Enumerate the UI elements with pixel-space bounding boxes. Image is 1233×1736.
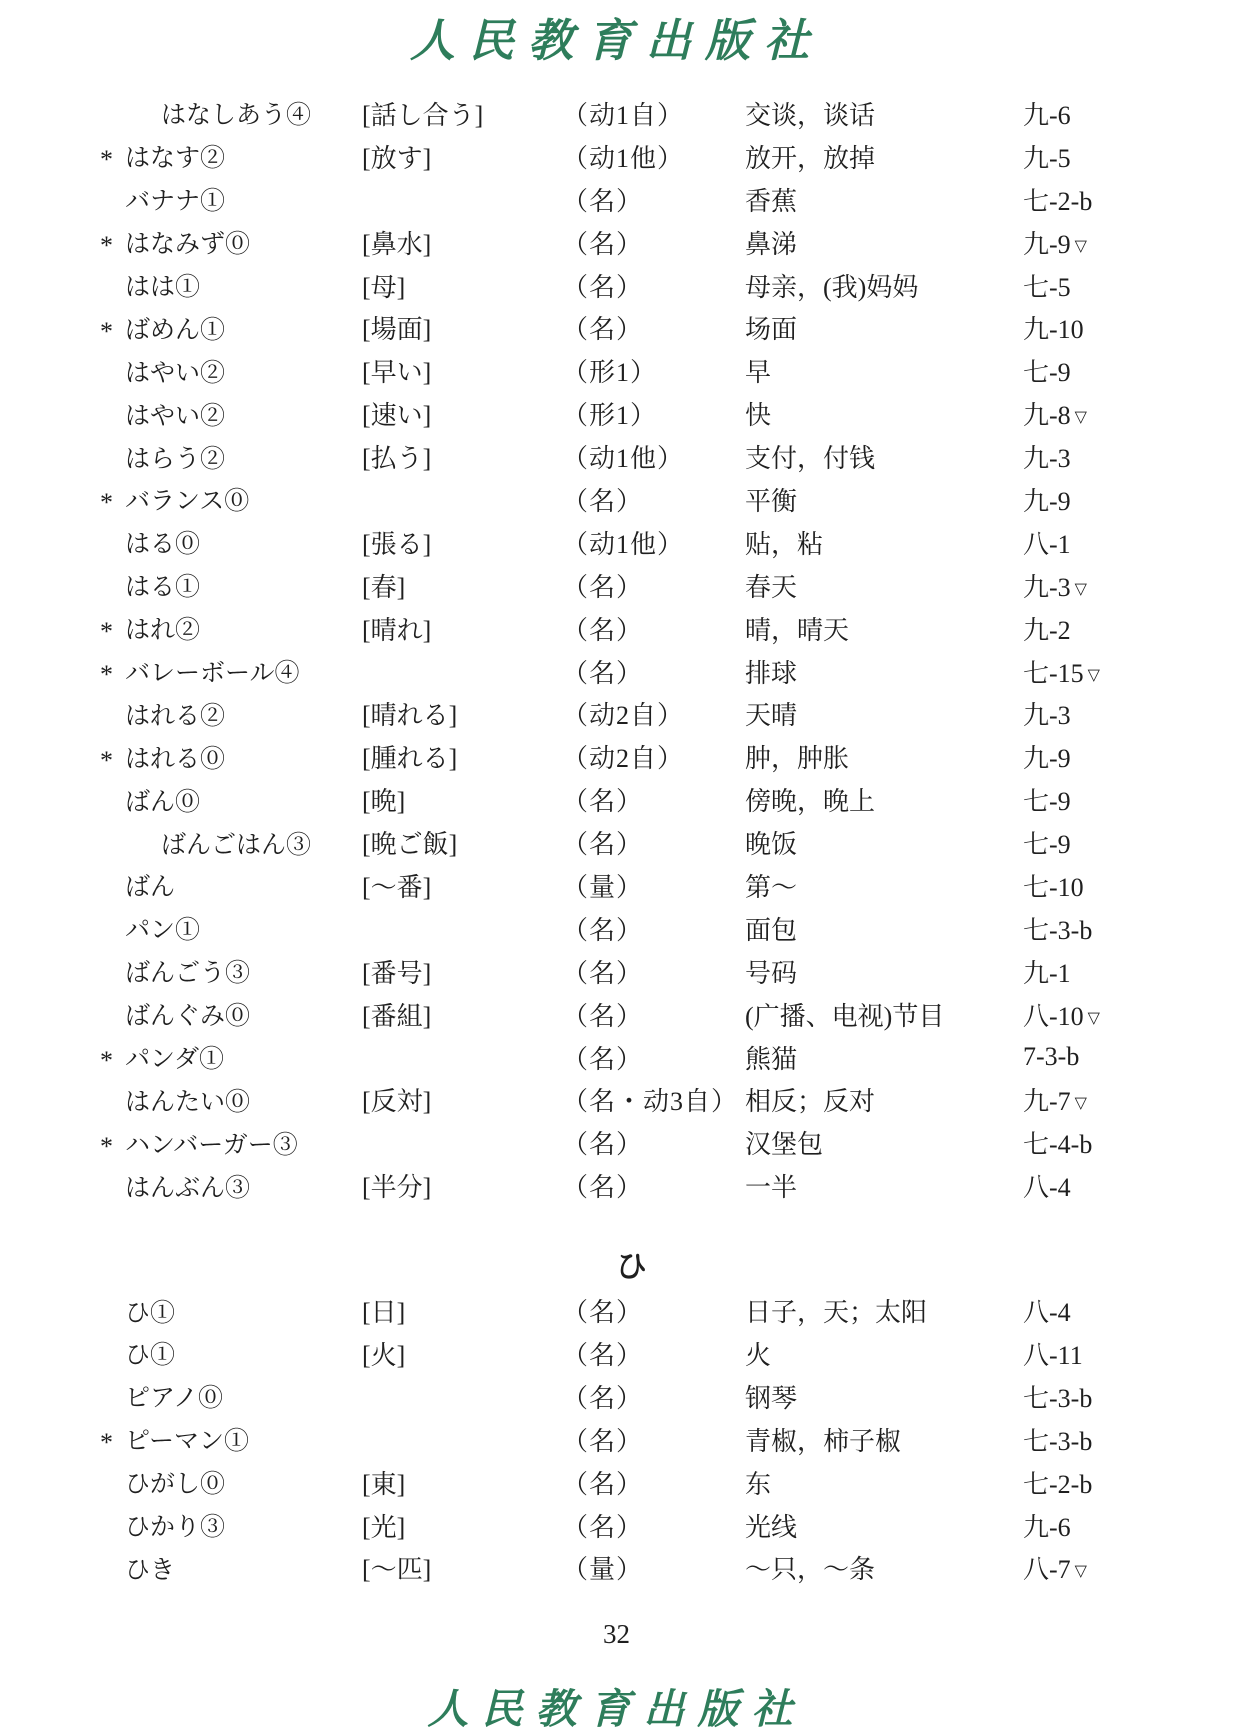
part-of-speech: （动1他） [562,524,745,561]
part-of-speech: （名） [562,224,745,261]
lesson-reference-text: 八-11 [1023,1341,1083,1370]
meaning-chinese: 日子，天；太阳 [745,1292,1023,1329]
vocab-row: はやい② [速い] （形1） 快 九-8▽ [100,392,1163,435]
lesson-reference-text: 八-1 [1023,530,1071,559]
reviewed-triangle-mark: ▽ [1075,409,1087,426]
star-mark: * [100,617,125,647]
lesson-reference: 八-1 [1023,524,1163,561]
meaning-chinese: 鼻涕 [745,224,1023,261]
lesson-reference: 九-3 [1023,695,1163,732]
vocab-row: * はなす② [放す] （动1他） 放开，放掉 九-5 [100,135,1163,178]
lesson-reference-text: 七-2-b [1023,1470,1092,1499]
lesson-reference-text: 7-3-b [1023,1042,1079,1071]
meaning-chinese: 放开，放掉 [745,138,1023,175]
word-kana: はらう② [125,439,362,475]
vocab-row: ひがし⓪ [東] （名） 东 七-2-b [100,1461,1163,1504]
lesson-reference-text: 七-3-b [1023,916,1092,945]
meaning-chinese: 平衡 [745,481,1023,518]
vocab-row: ピアノ⓪ （名） 钢琴 七-3-b [100,1375,1163,1418]
word-kana: はんぶん③ [125,1168,362,1204]
lesson-reference-text: 七-4-b [1023,1130,1092,1159]
part-of-speech: （名） [562,1507,745,1544]
part-of-speech: （量） [562,867,745,904]
star-mark: * [100,231,125,261]
lesson-reference-text: 九-1 [1023,959,1071,988]
part-of-speech: （量） [562,1549,745,1586]
meaning-chinese: 晚饭 [745,824,1023,861]
lesson-reference: 九-1 [1023,953,1163,990]
star-mark: * [100,317,125,347]
part-of-speech: （名・动3自） [562,1081,745,1118]
part-of-speech: （名） [562,1378,745,1415]
dictionary-page: 人民教育出版社 はなしあう④ [話し合う] （动1自） 交谈，谈话 九-6 * … [0,0,1233,1736]
vocab-row: * バランス⓪ （名） 平衡 九-9 [100,478,1163,521]
word-kanji: [張る] [362,524,562,561]
lesson-reference: 七-3-b [1023,910,1163,947]
word-kanji: [火] [362,1335,562,1372]
lesson-reference: 九-6 [1023,1507,1163,1544]
lesson-reference-text: 九-3 [1023,701,1071,730]
word-kana: はなしあう④ [125,95,362,131]
meaning-chinese: 排球 [745,653,1023,690]
meaning-chinese: ～只，～条 [745,1549,1023,1586]
part-of-speech: （名） [562,481,745,518]
word-kana: バナナ① [125,181,362,217]
vocab-row: * ピーマン① （名） 青椒，柿子椒 七-3-b [100,1418,1163,1461]
word-kanji: [～匹] [362,1549,562,1586]
meaning-chinese: 支付，付钱 [745,438,1023,475]
lesson-reference-text: 九-8 [1023,401,1071,430]
vocab-row: はんたい⓪ [反対] （名・动3自） 相反；反对 九-7▽ [100,1078,1163,1121]
lesson-reference: 七-3-b [1023,1421,1163,1458]
lesson-reference: 九-6 [1023,95,1163,132]
lesson-reference-text: 七-9 [1023,358,1071,387]
vocab-row: ばんごはん③ [晩ご飯] （名） 晚饭 七-9 [100,821,1163,864]
lesson-reference: 八-4 [1023,1167,1163,1204]
word-kana: ひがし⓪ [125,1464,362,1500]
lesson-reference: 七-4-b [1023,1124,1163,1161]
meaning-chinese: 早 [745,352,1023,389]
vocab-row: はれる② [晴れる] （动2自） 天晴 九-3 [100,692,1163,735]
vocabulary-list: はなしあう④ [話し合う] （动1自） 交谈，谈话 九-6 * はなす② [放す… [100,92,1163,1589]
section-header: ひ [100,1245,1163,1289]
lesson-reference-text: 九-3 [1023,573,1071,602]
vocab-row: ばん⓪ [晩] （名） 傍晚，晚上 七-9 [100,778,1163,821]
meaning-chinese: 东 [745,1464,1023,1501]
part-of-speech: （名） [562,1167,745,1204]
vocab-row: パン① （名） 面包 七-3-b [100,907,1163,950]
meaning-chinese: (广播、电视)节目 [745,996,1023,1033]
word-kana: ピーマン① [125,1421,362,1457]
vocab-row: はなしあう④ [話し合う] （动1自） 交谈，谈话 九-6 [100,92,1163,135]
word-kanji: [春] [362,567,562,604]
meaning-chinese: 面包 [745,910,1023,947]
vocab-row: はる① [春] （名） 春天 九-3▽ [100,564,1163,607]
meaning-chinese: 春天 [745,567,1023,604]
word-kanji: [東] [362,1464,562,1501]
lesson-reference: 九-3 [1023,438,1163,475]
star-mark: * [100,660,125,690]
vocab-row: はやい② [早い] （形1） 早 七-9 [100,349,1163,392]
word-kana: はれ② [125,610,362,646]
lesson-reference-text: 九-6 [1023,101,1071,130]
vocab-row: ひき [～匹] （量） ～只，～条 八-7▽ [100,1547,1163,1590]
word-kanji: [話し合う] [362,95,562,132]
vocab-row: ひ① [日] （名） 日子，天；太阳 八-4 [100,1289,1163,1332]
lesson-reference-text: 七-2-b [1023,187,1092,216]
vocab-row: ばん [～番] （量） 第～ 七-10 [100,864,1163,907]
word-kana: ハンバーガー③ [125,1125,362,1161]
part-of-speech: （名） [562,567,745,604]
lesson-reference-text: 七-9 [1023,830,1071,859]
publisher-logo-bottom: 人民教育出版社 [0,1676,1233,1735]
lesson-reference-text: 八-4 [1023,1298,1071,1327]
word-kanji: [母] [362,267,562,304]
reviewed-triangle-mark: ▽ [1088,667,1100,684]
publisher-logo-top: 人民教育出版社 [0,4,1233,69]
lesson-reference-text: 九-9 [1023,744,1071,773]
star-mark: * [100,145,125,175]
word-kanji: [早い] [362,352,562,389]
part-of-speech: （名） [562,996,745,1033]
word-kanji: [鼻水] [362,224,562,261]
word-kana: ばんごう③ [125,953,362,989]
word-kanji: [晴れ] [362,610,562,647]
part-of-speech: （名） [562,1292,745,1329]
part-of-speech: （名） [562,1124,745,1161]
word-kanji: [放す] [362,138,562,175]
meaning-chinese: 火 [745,1335,1023,1372]
lesson-reference: 九-9 [1023,738,1163,775]
lesson-reference: 八-11 [1023,1335,1163,1372]
word-kanji: [腫れる] [362,738,562,775]
word-kanji: [晩] [362,781,562,818]
lesson-reference: 七-3-b [1023,1378,1163,1415]
lesson-reference: 七-9 [1023,824,1163,861]
part-of-speech: （名） [562,781,745,818]
vocab-row: * パンダ① （名） 熊猫 7-3-b [100,1036,1163,1079]
reviewed-triangle-mark: ▽ [1075,581,1087,598]
star-mark: * [100,1132,125,1162]
lesson-reference: 九-8▽ [1023,395,1163,432]
part-of-speech: （名） [562,267,745,304]
lesson-reference-text: 九-3 [1023,444,1071,473]
reviewed-triangle-mark: ▽ [1075,1563,1087,1580]
vocab-row: はる⓪ [張る] （动1他） 贴，粘 八-1 [100,521,1163,564]
lesson-reference: 九-9▽ [1023,224,1163,261]
lesson-reference: 八-7▽ [1023,1549,1163,1586]
word-kana: はなす② [125,138,362,174]
lesson-reference-text: 九-9 [1023,230,1071,259]
meaning-chinese: 相反；反对 [745,1081,1023,1118]
lesson-reference: 九-5 [1023,138,1163,175]
lesson-reference-text: 九-10 [1023,315,1084,344]
word-kana: はる① [125,567,362,603]
meaning-chinese: 快 [745,395,1023,432]
lesson-reference-text: 七-10 [1023,873,1084,902]
word-kana: ピアノ⓪ [125,1378,362,1414]
word-kanji: [～番] [362,867,562,904]
word-kanji: [番号] [362,953,562,990]
part-of-speech: （名） [562,610,745,647]
lesson-reference-text: 七-5 [1023,273,1071,302]
word-kana: はんたい⓪ [125,1082,362,1118]
part-of-speech: （动2自） [562,738,745,775]
part-of-speech: （名） [562,1335,745,1372]
meaning-chinese: 一半 [745,1167,1023,1204]
lesson-reference: 九-9 [1023,481,1163,518]
word-kana: ばんごはん③ [125,825,362,861]
word-kanji: [速い] [362,395,562,432]
meaning-chinese: 第～ [745,867,1023,904]
meaning-chinese: 天晴 [745,695,1023,732]
lesson-reference: 九-3▽ [1023,567,1163,604]
word-kana: ひき [125,1550,362,1586]
part-of-speech: （名） [562,653,745,690]
word-kanji: [日] [362,1292,562,1329]
lesson-reference: 七-2-b [1023,181,1163,218]
lesson-reference-text: 八-7 [1023,1555,1071,1584]
lesson-reference: 九-10 [1023,309,1163,346]
vocab-row: ひ① [火] （名） 火 八-11 [100,1332,1163,1375]
word-kana: ばんぐみ⓪ [125,996,362,1032]
word-kana: ひ① [125,1293,362,1329]
word-kanji: [場面] [362,309,562,346]
vocab-row: ひかり③ [光] （名） 光线 九-6 [100,1504,1163,1547]
word-kana: バレーボール④ [125,653,362,689]
part-of-speech: （名） [562,1039,745,1076]
word-kana: ひ① [125,1335,362,1371]
word-kana: パン① [125,910,362,946]
word-kanji: [番組] [362,996,562,1033]
vocab-row: * バレーボール④ （名） 排球 七-15▽ [100,650,1163,693]
word-kana: ばめん① [125,310,362,346]
word-kanji: [半分] [362,1167,562,1204]
word-kanji: [払う] [362,438,562,475]
star-mark: * [100,1046,125,1076]
lesson-reference-text: 七-3-b [1023,1427,1092,1456]
word-kana: はは① [125,267,362,303]
part-of-speech: （动1自） [562,95,745,132]
part-of-speech: （动2自） [562,695,745,732]
meaning-chinese: 青椒，柿子椒 [745,1421,1023,1458]
lesson-reference: 七-9 [1023,781,1163,818]
star-mark: * [100,488,125,518]
word-kana: はなみず⓪ [125,224,362,260]
part-of-speech: （形1） [562,395,745,432]
lesson-reference-text: 九-2 [1023,616,1071,645]
lesson-reference: 七-15▽ [1023,653,1163,690]
word-kana: ひかり③ [125,1507,362,1543]
word-kana: バランス⓪ [125,481,362,517]
lesson-reference-text: 八-10 [1023,1002,1084,1031]
part-of-speech: （名） [562,953,745,990]
lesson-reference-text: 七-15 [1023,659,1084,688]
word-kana: ばん [125,867,362,903]
meaning-chinese: 钢琴 [745,1378,1023,1415]
meaning-chinese: 汉堡包 [745,1124,1023,1161]
vocab-row: * はなみず⓪ [鼻水] （名） 鼻涕 九-9▽ [100,221,1163,264]
word-kana: はれる② [125,696,362,732]
meaning-chinese: 肿，肿胀 [745,738,1023,775]
meaning-chinese: 场面 [745,309,1023,346]
vocab-row: * ハンバーガー③ （名） 汉堡包 七-4-b [100,1121,1163,1164]
lesson-reference-text: 八-4 [1023,1173,1071,1202]
meaning-chinese: 贴，粘 [745,524,1023,561]
word-kanji: [光] [362,1507,562,1544]
vocab-row: ばんぐみ⓪ [番組] （名） (广播、电视)节目 八-10▽ [100,993,1163,1036]
vocab-row: * はれる⓪ [腫れる] （动2自） 肿，肿胀 九-9 [100,735,1163,778]
lesson-reference-text: 七-3-b [1023,1384,1092,1413]
part-of-speech: （名） [562,309,745,346]
part-of-speech: （动1他） [562,438,745,475]
word-kanji: [晴れる] [362,695,562,732]
lesson-reference: 八-4 [1023,1292,1163,1329]
word-kana: はやい② [125,396,362,432]
part-of-speech: （名） [562,1421,745,1458]
lesson-reference: 七-10 [1023,867,1163,904]
word-kana: はる⓪ [125,524,362,560]
part-of-speech: （动1他） [562,138,745,175]
lesson-reference-text: 九-6 [1023,1513,1071,1542]
star-mark: * [100,1428,125,1458]
vocab-row: * ばめん① [場面] （名） 场面 九-10 [100,306,1163,349]
meaning-chinese: 傍晚，晚上 [745,781,1023,818]
meaning-chinese: 熊猫 [745,1039,1023,1076]
lesson-reference: 七-2-b [1023,1464,1163,1501]
reviewed-triangle-mark: ▽ [1088,1010,1100,1027]
vocab-row: はらう② [払う] （动1他） 支付，付钱 九-3 [100,435,1163,478]
meaning-chinese: 晴，晴天 [745,610,1023,647]
meaning-chinese: 交谈，谈话 [745,95,1023,132]
lesson-reference-text: 七-9 [1023,787,1071,816]
part-of-speech: （名） [562,181,745,218]
word-kana: はやい② [125,353,362,389]
vocab-row: * はれ② [晴れ] （名） 晴，晴天 九-2 [100,607,1163,650]
star-mark: * [100,746,125,776]
vocab-row: バナナ① （名） 香蕉 七-2-b [100,178,1163,221]
lesson-reference: 九-7▽ [1023,1081,1163,1118]
lesson-reference: 七-5 [1023,267,1163,304]
word-kanji: [反対] [362,1081,562,1118]
lesson-reference: 七-9 [1023,352,1163,389]
meaning-chinese: 光线 [745,1507,1023,1544]
lesson-reference: 7-3-b [1023,1042,1163,1072]
part-of-speech: （名） [562,910,745,947]
lesson-reference-text: 九-5 [1023,144,1071,173]
part-of-speech: （名） [562,824,745,861]
meaning-chinese: 母亲，(我)妈妈 [745,267,1023,304]
part-of-speech: （名） [562,1464,745,1501]
part-of-speech: （形1） [562,352,745,389]
lesson-reference: 九-2 [1023,610,1163,647]
meaning-chinese: 号码 [745,953,1023,990]
word-kana: はれる⓪ [125,739,362,775]
word-kana: ばん⓪ [125,782,362,818]
vocab-row: ばんごう③ [番号] （名） 号码 九-1 [100,950,1163,993]
lesson-reference-text: 九-9 [1023,487,1071,516]
word-kanji: [晩ご飯] [362,824,562,861]
vocab-row: はんぶん③ [半分] （名） 一半 八-4 [100,1164,1163,1207]
lesson-reference: 八-10▽ [1023,996,1163,1033]
meaning-chinese: 香蕉 [745,181,1023,218]
reviewed-triangle-mark: ▽ [1075,1095,1087,1112]
page-number: 32 [0,1619,1233,1650]
word-kana: パンダ① [125,1039,362,1075]
vocab-row: はは① [母] （名） 母亲，(我)妈妈 七-5 [100,264,1163,307]
reviewed-triangle-mark: ▽ [1075,238,1087,255]
lesson-reference-text: 九-7 [1023,1087,1071,1116]
